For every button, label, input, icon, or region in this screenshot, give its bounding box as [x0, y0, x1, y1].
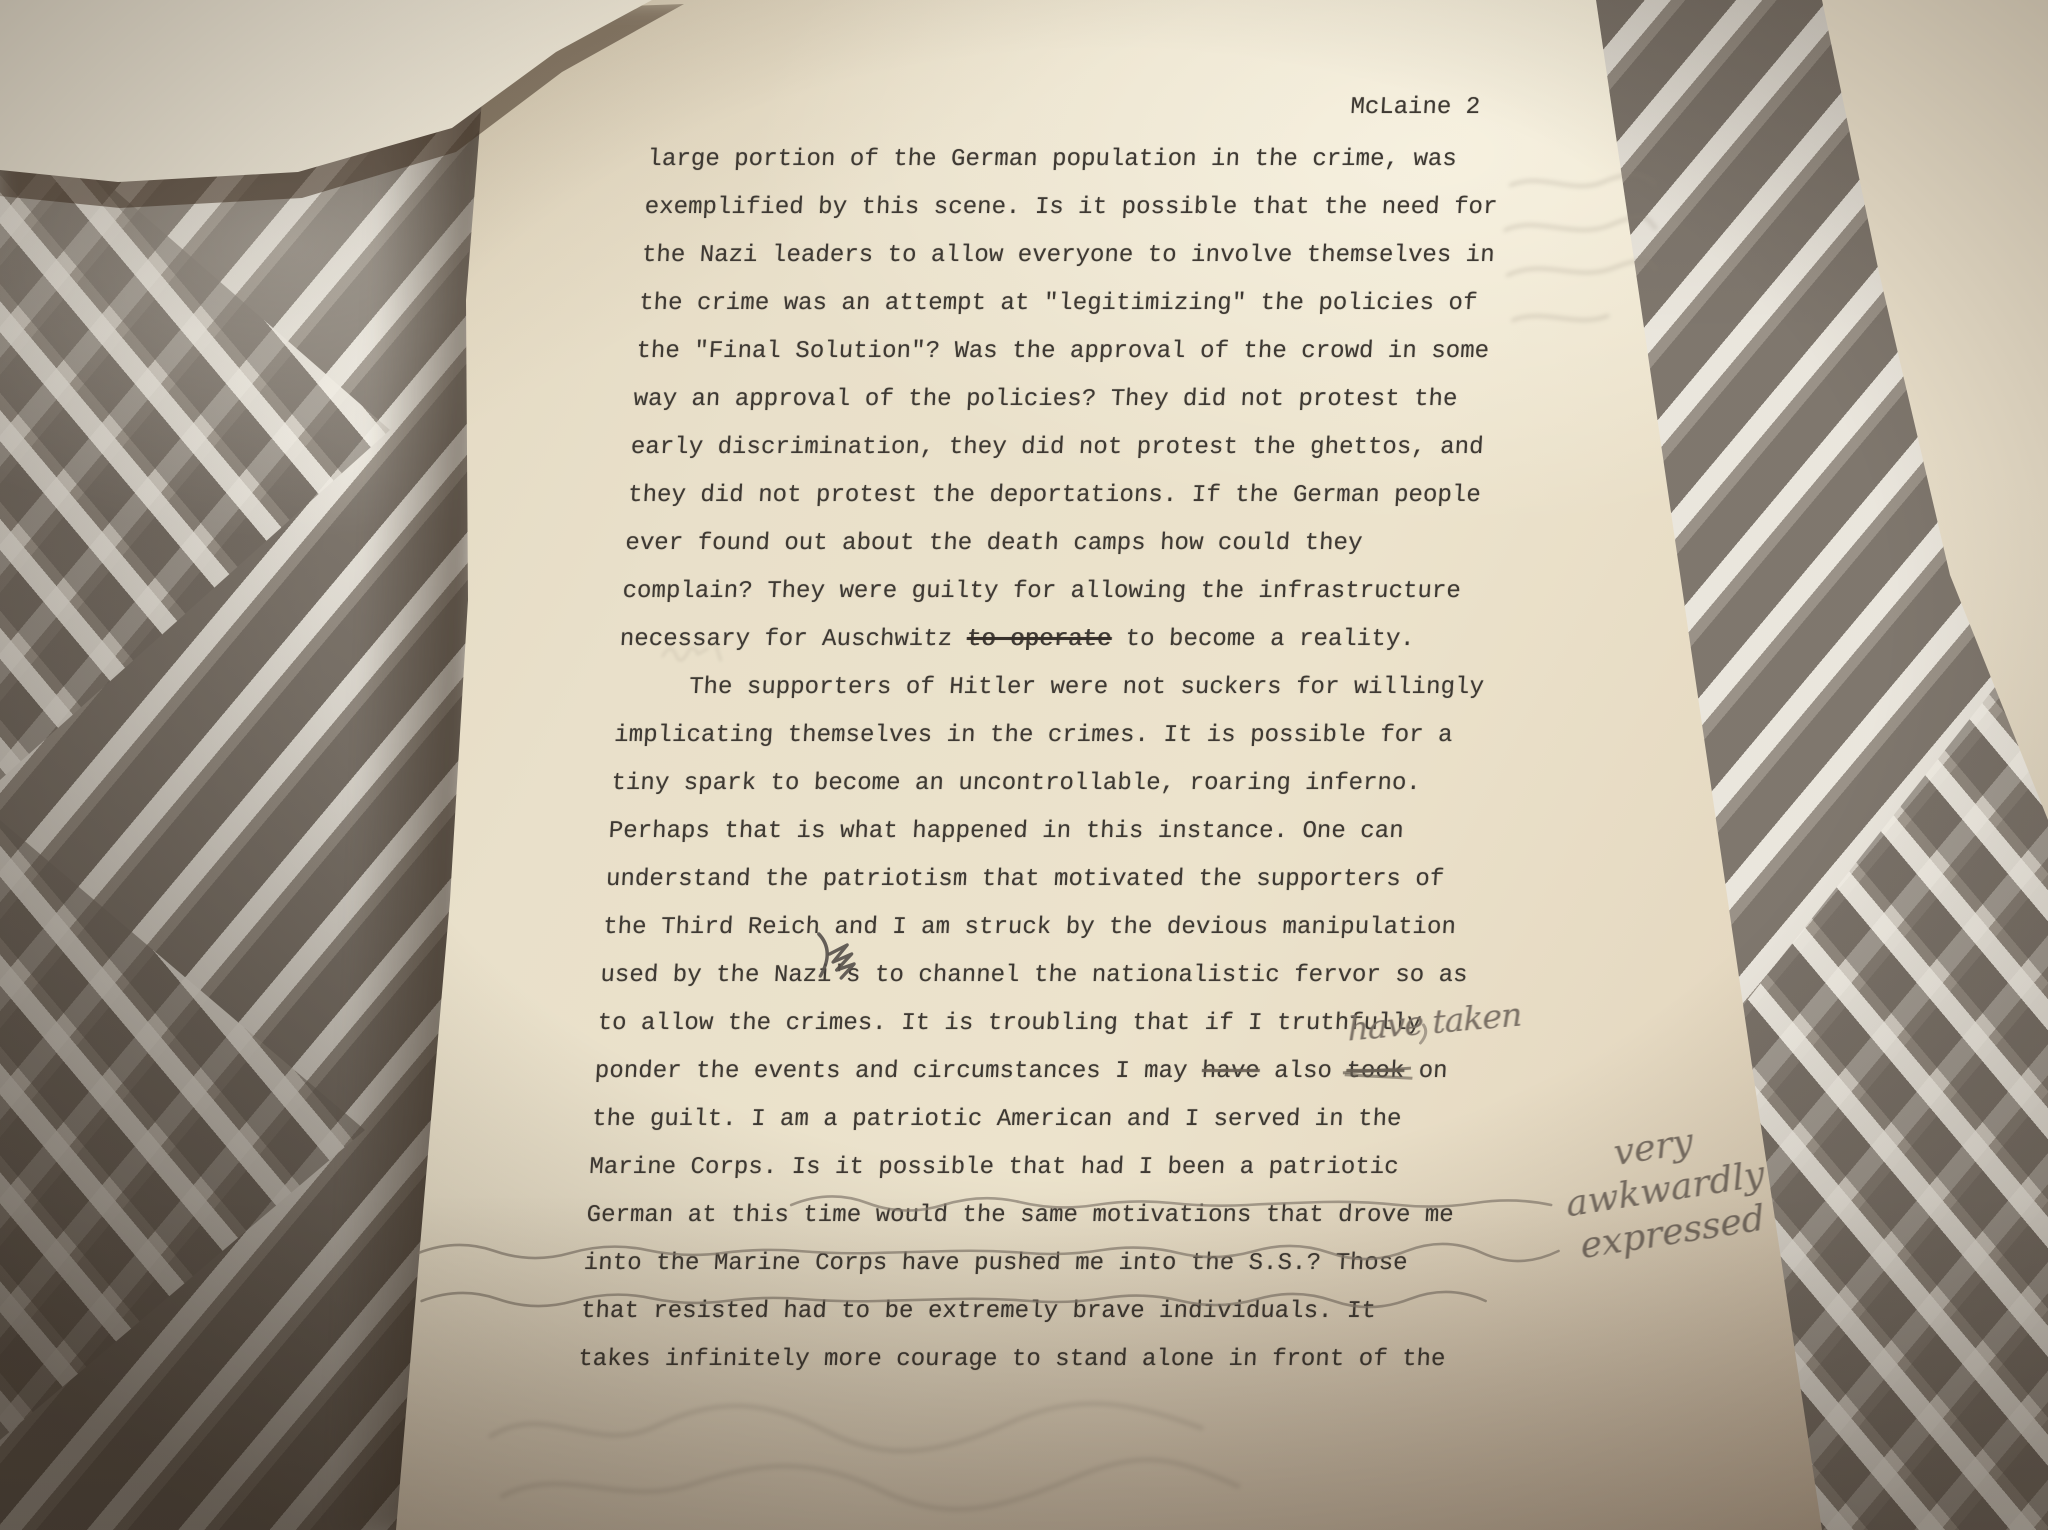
- typed-text: the "Final Solution"? Was the approval o…: [636, 338, 1490, 365]
- typed-line: ever found out about the death camps how…: [623, 530, 1626, 578]
- typed-text: Marine Corps. Is it possible that had I …: [589, 1154, 1400, 1181]
- typed-text: ponder the events and circumstances I ma…: [594, 1058, 1203, 1085]
- typed-text: the Third Reich and I am struck by the d…: [602, 914, 1456, 941]
- pencil-strike-text: have: [1201, 1058, 1260, 1085]
- typed-line: The supporters of Hitler were not sucker…: [615, 674, 1618, 722]
- typed-line: the guilt. I am a patriotic American and…: [590, 1106, 1593, 1154]
- page-content: McLaine 2 large portion of the German po…: [0, 0, 2048, 1530]
- typed-line: the Nazi leaders to allow everyone to in…: [640, 242, 1643, 290]
- typed-text: to become a reality.: [1110, 626, 1415, 653]
- typed-line: the "Final Solution"? Was the approval o…: [634, 338, 1637, 386]
- faint-pencil-scribbles: [481, 1396, 1288, 1521]
- typed-strike-text: to operate: [966, 626, 1112, 653]
- typed-text: large portion of the German population i…: [647, 146, 1458, 173]
- typed-line: way an approval of the policies? They di…: [632, 386, 1635, 434]
- typed-text: understand the patriotism that motivated…: [605, 866, 1445, 893]
- typed-text: the Nazi leaders to allow everyone to in…: [641, 242, 1495, 269]
- typed-line: ponder the events and circumstances I ma…: [593, 1058, 1596, 1106]
- typed-text: way an approval of the policies? They di…: [633, 386, 1458, 413]
- pencil-caret-mark: [801, 928, 876, 1008]
- typed-text: used by the Nazi's to channel the nation…: [600, 962, 1469, 989]
- typed-text: implicating themselves in the crimes. It…: [613, 722, 1453, 749]
- typed-line: early discrimination, they did not prote…: [629, 434, 1632, 482]
- typed-text: takes infinitely more courage to stand a…: [577, 1346, 1446, 1373]
- typed-line: understand the patriotism that motivated…: [604, 866, 1607, 914]
- typed-line: necessary for Auschwitz to operate to be…: [618, 626, 1621, 674]
- typed-text: ever found out about the death camps how…: [625, 530, 1364, 557]
- pencil-wavy-underline: [416, 1240, 1561, 1266]
- typed-text: exemplified by this scene. Is it possibl…: [644, 194, 1498, 221]
- typed-line: exemplified by this scene. Is it possibl…: [643, 194, 1646, 242]
- typed-text: the guilt. I am a patriotic American and…: [591, 1106, 1402, 1133]
- typed-line: Perhaps that is what happened in this in…: [607, 818, 1610, 866]
- photo-scene: McLaine 2 large portion of the German po…: [0, 0, 2048, 1530]
- typed-line: the crime was an attempt at "legitimizin…: [637, 290, 1640, 338]
- pencil-wavy-underline: [788, 1192, 1553, 1218]
- typed-text: complain? They were guilty for allowing …: [622, 578, 1462, 605]
- faint-pencil-scribbles: [1493, 170, 1673, 350]
- typed-text: they did not protest the deportations. I…: [627, 482, 1481, 509]
- pencil-strike-heavy-text: took: [1346, 1058, 1405, 1085]
- typed-line: takes infinitely more courage to stand a…: [576, 1346, 1579, 1394]
- pencil-margin-note: very awkwardly expressed: [1560, 1109, 1771, 1270]
- typed-text: to allow the crimes. It is troubling tha…: [597, 1010, 1422, 1037]
- typed-text: early discrimination, they did not prote…: [630, 434, 1484, 461]
- typed-text: The supporters of Hitler were not sucker…: [688, 674, 1484, 701]
- typed-line: tiny spark to become an uncontrollable, …: [609, 770, 1612, 818]
- faint-pencil-scribbles: [658, 638, 730, 668]
- typed-text: on: [1403, 1058, 1448, 1085]
- typed-line: implicating themselves in the crimes. It…: [612, 722, 1615, 770]
- typed-text: Perhaps that is what happened in this in…: [608, 818, 1404, 845]
- typed-line: they did not protest the deportations. I…: [626, 482, 1629, 530]
- page-header: McLaine 2: [1350, 94, 1481, 121]
- typed-text: tiny spark to become an uncontrollable, …: [611, 770, 1422, 797]
- typed-line: complain? They were guilty for allowing …: [621, 578, 1624, 626]
- typed-line: large portion of the German population i…: [645, 146, 1648, 194]
- typed-line: the Third Reich and I am struck by the d…: [601, 914, 1604, 962]
- typed-text: the crime was an attempt at "legitimizin…: [638, 290, 1478, 317]
- pencil-wavy-underline: [419, 1288, 1486, 1314]
- typed-text: also: [1259, 1058, 1347, 1085]
